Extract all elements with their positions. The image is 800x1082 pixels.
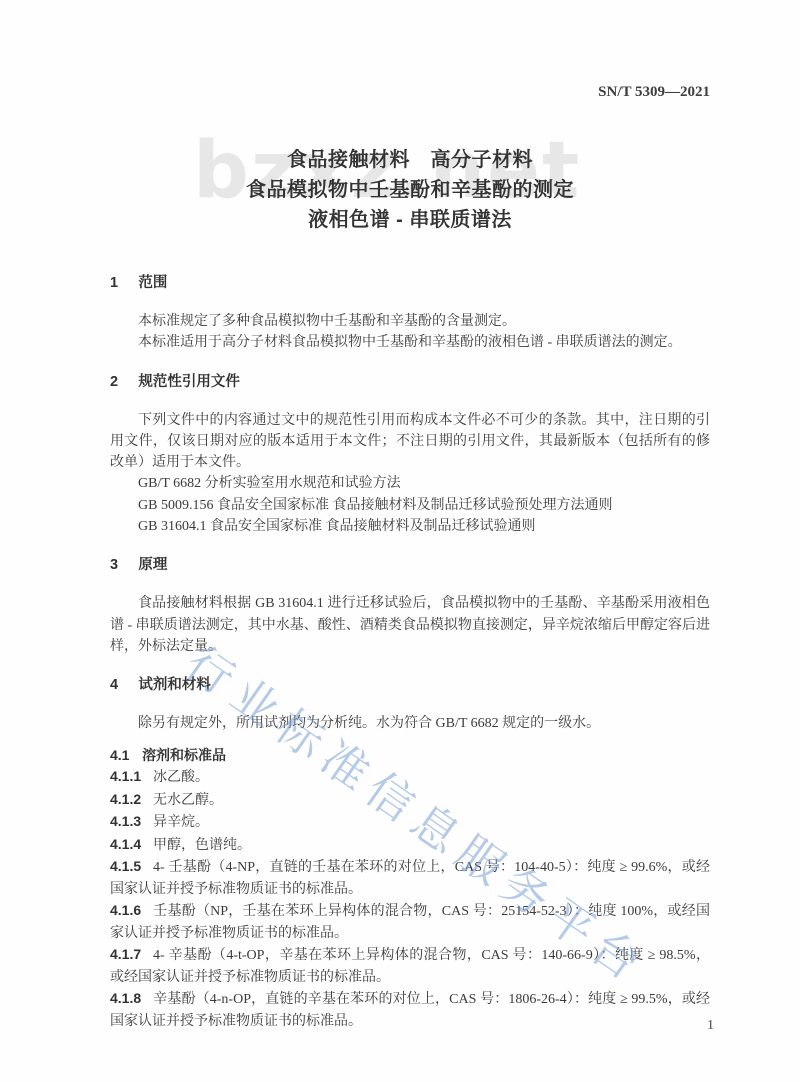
document-page: bzxz.net 行业标准信息服务平台 SN/T 5309—2021 食品接触材… bbox=[0, 0, 800, 1082]
reference-item: GB 31604.1 食品安全国家标准 食品接触材料及制品迁移试验通则 bbox=[110, 516, 710, 537]
reference-item: GB 5009.156 食品安全国家标准 食品接触材料及制品迁移试验预处理方法通… bbox=[110, 495, 710, 516]
paragraph: 除另有规定外，所用试剂均为分析纯。水为符合 GB/T 6682 规定的一级水。 bbox=[110, 713, 710, 734]
subsection-4-1-number: 4.1 bbox=[110, 745, 129, 767]
clause-number: 4.1.5 bbox=[110, 856, 141, 878]
clause-text: 4.1.1冰乙酸。 bbox=[110, 766, 710, 789]
clause-number: 4.1.6 bbox=[110, 900, 141, 922]
title-line-2: 食品模拟物中壬基酚和辛基酚的测定 bbox=[110, 175, 710, 205]
clause-item: 4.1.54- 壬基酚（4-NP，直链的壬基在苯环的对位上，CAS 号：104-… bbox=[110, 856, 710, 900]
clause-number: 4.1.2 bbox=[110, 789, 141, 811]
clause-number: 4.1.3 bbox=[110, 811, 141, 833]
section-1-number: 1 bbox=[110, 273, 118, 294]
section-3-heading: 3原理 bbox=[110, 555, 710, 576]
clause-item: 4.1.2无水乙醇。 bbox=[110, 789, 710, 812]
page-number: 1 bbox=[707, 1018, 714, 1034]
paragraph: 本标准适用于高分子材料食品模拟物中壬基酚和辛基酚的液相色谱 - 串联质谱法的测定… bbox=[110, 332, 710, 353]
clause-number: 4.1.4 bbox=[110, 834, 141, 856]
section-2-title: 规范性引用文件 bbox=[138, 374, 240, 390]
clause-body: 辛基酚（4-n-OP，直链的辛基在苯环的对位上，CAS 号：1806-26-4）… bbox=[110, 992, 710, 1029]
clause-body: 4- 壬基酚（4-NP，直链的壬基在苯环的对位上，CAS 号：104-40-5）… bbox=[110, 860, 710, 897]
section-1-heading: 1范围 bbox=[110, 273, 710, 294]
clause-body: 冰乙酸。 bbox=[153, 770, 209, 785]
clause-text: 4.1.3异辛烷。 bbox=[110, 811, 710, 834]
clause-item: 4.1.3异辛烷。 bbox=[110, 811, 710, 834]
section-3-title: 原理 bbox=[138, 557, 167, 573]
clause-item: 4.1.8辛基酚（4-n-OP，直链的辛基在苯环的对位上，CAS 号：1806-… bbox=[110, 988, 710, 1032]
clause-number: 4.1.8 bbox=[110, 988, 141, 1010]
clause-text: 4.1.6壬基酚（NP，壬基在苯环上异构体的混合物，CAS 号：25154-52… bbox=[110, 900, 710, 944]
clause-text: 4.1.8辛基酚（4-n-OP，直链的辛基在苯环的对位上，CAS 号：1806-… bbox=[110, 988, 710, 1032]
subsection-4-1-heading: 4.1溶剂和标准品 bbox=[110, 745, 710, 767]
paragraph: 食品接触材料根据 GB 31604.1 进行迁移试验后，食品模拟物中的壬基酚、辛… bbox=[110, 593, 710, 657]
clause-number: 4.1.1 bbox=[110, 766, 141, 788]
reference-item: GB/T 6682 分析实验室用水规范和试验方法 bbox=[110, 473, 710, 494]
clause-text: 4.1.54- 壬基酚（4-NP，直链的壬基在苯环的对位上，CAS 号：104-… bbox=[110, 856, 710, 900]
section-2-heading: 2规范性引用文件 bbox=[110, 372, 710, 393]
clause-body: 无水乙醇。 bbox=[153, 793, 223, 808]
title-line-3: 液相色谱 - 串联质谱法 bbox=[110, 205, 710, 235]
section-2-number: 2 bbox=[110, 372, 118, 393]
section-4-heading: 4试剂和材料 bbox=[110, 675, 710, 696]
clause-text: 4.1.2无水乙醇。 bbox=[110, 789, 710, 812]
section-3-body: 食品接触材料根据 GB 31604.1 进行迁移试验后，食品模拟物中的壬基酚、辛… bbox=[110, 593, 710, 657]
paragraph: 下列文件中的内容通过文中的规范性引用而构成本文件必不可少的条款。其中，注日期的引… bbox=[110, 410, 710, 474]
section-3-number: 3 bbox=[110, 555, 118, 576]
section-1-body: 本标准规定了多种食品模拟物中壬基酚和辛基酚的含量测定。 本标准适用于高分子材料食… bbox=[110, 311, 710, 354]
clause-body: 异辛烷。 bbox=[153, 815, 209, 830]
standard-number: SN/T 5309—2021 bbox=[598, 84, 710, 101]
section-4-number: 4 bbox=[110, 675, 118, 696]
clause-text: 4.1.4甲醇，色谱纯。 bbox=[110, 834, 710, 857]
section-4-body: 除另有规定外，所用试剂均为分析纯。水为符合 GB/T 6682 规定的一级水。 … bbox=[110, 713, 710, 1032]
section-1-title: 范围 bbox=[138, 275, 167, 291]
clause-number: 4.1.7 bbox=[110, 944, 141, 966]
normative-references: GB/T 6682 分析实验室用水规范和试验方法 GB 5009.156 食品安… bbox=[110, 473, 710, 537]
clause-item: 4.1.74- 辛基酚（4-t-OP，辛基在苯环上异构体的混合物，CAS 号：1… bbox=[110, 944, 710, 988]
clause-body: 甲醇，色谱纯。 bbox=[153, 838, 251, 853]
section-2-body: 下列文件中的内容通过文中的规范性引用而构成本文件必不可少的条款。其中，注日期的引… bbox=[110, 410, 710, 538]
document-title: 食品接触材料 高分子材料 食品模拟物中壬基酚和辛基酚的测定 液相色谱 - 串联质… bbox=[110, 145, 710, 235]
section-4-title: 试剂和材料 bbox=[138, 677, 211, 693]
title-line-1: 食品接触材料 高分子材料 bbox=[110, 145, 710, 175]
clause-item: 4.1.6壬基酚（NP，壬基在苯环上异构体的混合物，CAS 号：25154-52… bbox=[110, 900, 710, 944]
clause-item: 4.1.4甲醇，色谱纯。 bbox=[110, 834, 710, 857]
page-content: 食品接触材料 高分子材料 食品模拟物中壬基酚和辛基酚的测定 液相色谱 - 串联质… bbox=[110, 0, 710, 1032]
subsection-4-1-title: 溶剂和标准品 bbox=[142, 747, 226, 763]
clause-text: 4.1.74- 辛基酚（4-t-OP，辛基在苯环上异构体的混合物，CAS 号：1… bbox=[110, 944, 710, 988]
clause-item: 4.1.1冰乙酸。 bbox=[110, 766, 710, 789]
clause-body: 4- 辛基酚（4-t-OP，辛基在苯环上异构体的混合物，CAS 号：140-66… bbox=[110, 948, 710, 985]
clause-body: 壬基酚（NP，壬基在苯环上异构体的混合物，CAS 号：25154-52-3）：纯… bbox=[110, 904, 710, 941]
paragraph: 本标准规定了多种食品模拟物中壬基酚和辛基酚的含量测定。 bbox=[110, 311, 710, 332]
